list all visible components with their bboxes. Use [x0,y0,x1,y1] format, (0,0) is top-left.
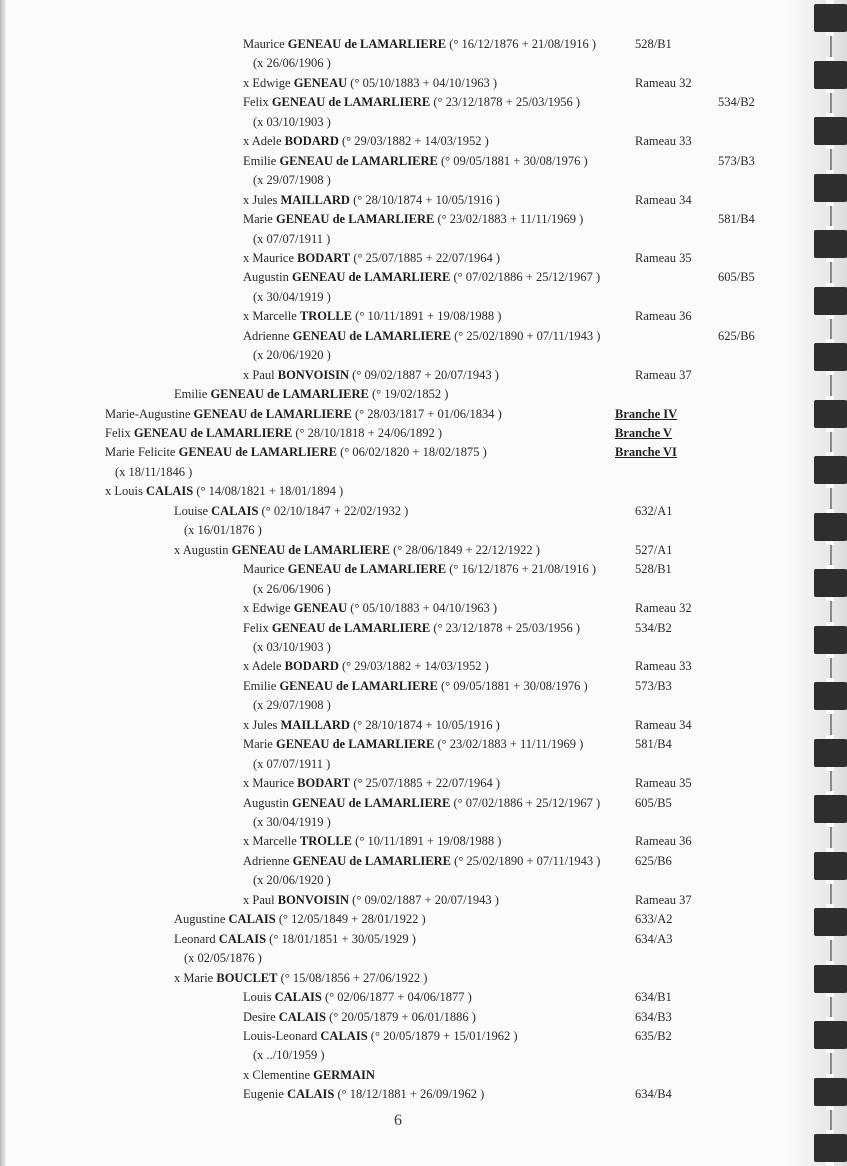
given-name: Marcelle [252,309,296,323]
marriage-text: (x 30/04/1919 ) [253,290,331,304]
surname: BODARD [285,659,339,673]
surname: MAILLARD [281,193,350,207]
given-name: Paul [252,368,274,382]
life-dates: (° 20/05/1879 + 06/01/1886 ) [329,1010,476,1024]
binding-coil [814,117,847,145]
given-name: Edwige [252,601,290,615]
marriage-text: (x 07/07/1911 ) [253,232,330,246]
surname: BODARD [285,134,339,148]
spouse-marker: x [243,368,252,382]
life-dates: (° 23/02/1883 + 11/11/1969 ) [437,212,583,226]
life-dates: (° 05/10/1883 + 04/10/1963 ) [350,76,497,90]
page-left-shadow [0,0,6,1166]
surname: BODART [297,776,350,790]
marriage-text: (x 03/10/1903 ) [253,115,331,129]
life-dates: (° 28/03/1817 + 01/06/1834 ) [355,407,502,421]
person-entry: Emilie GENEAU de LAMARLIERE (° 09/05/188… [243,678,588,694]
person-entry: Emilie GENEAU de LAMARLIERE (° 09/05/188… [243,153,588,169]
page-reference: 635/B2 [635,1028,672,1044]
surname: CALAIS [320,1029,367,1043]
binding-coil [814,4,847,32]
surname: BONVOISIN [278,368,349,382]
binding-coil [814,513,847,541]
life-dates: (° 23/12/1878 + 25/03/1956 ) [433,621,580,635]
binding-coil [814,287,847,315]
given-name: Jules [252,718,277,732]
marriage-text: (x 07/07/1911 ) [253,757,330,771]
marriage-date: (x 30/04/1919 ) [253,289,331,305]
surname: GENEAU de LAMARLIERE [194,407,352,421]
given-name: Louis [114,484,142,498]
rameau-label: Rameau 36 [635,833,692,849]
spouse-entry: x Maurice BODART (° 25/07/1885 + 22/07/1… [243,775,500,791]
life-dates: (° 18/12/1881 + 26/09/1962 ) [337,1087,484,1101]
surname: GENEAU de LAMARLIERE [272,95,430,109]
person-entry: Augustin GENEAU de LAMARLIERE (° 07/02/1… [243,795,600,811]
marriage-date: (x 03/10/1903 ) [253,639,331,655]
life-dates: (° 23/02/1883 + 11/11/1969 ) [437,737,583,751]
surname: GENEAU de LAMARLIERE [276,737,434,751]
binding-coil [814,1134,847,1162]
marriage-date: (x 18/11/1846 ) [115,464,192,480]
surname: CALAIS [146,484,193,498]
page-reference: 625/B6 [718,328,755,344]
life-dates: (° 25/07/1885 + 22/07/1964 ) [353,251,500,265]
surname: TROLLE [300,309,352,323]
spouse-marker: x [243,718,252,732]
rameau-label: Rameau 33 [635,133,692,149]
surname: GENEAU de LAMARLIERE [293,329,451,343]
page-number: 6 [394,1112,402,1130]
person-entry: Felix GENEAU de LAMARLIERE (° 28/10/1818… [105,425,442,441]
marriage-date: (x 29/07/1908 ) [253,172,331,188]
surname: TROLLE [300,834,352,848]
surname: GENEAU de LAMARLIERE [210,387,368,401]
spouse-entry: x Louis CALAIS (° 14/08/1821 + 18/01/189… [105,483,343,499]
life-dates: (° 15/08/1856 + 27/06/1922 ) [281,971,428,985]
rameau-label: Rameau 32 [635,75,692,91]
surname: CALAIS [275,990,322,1004]
surname: CALAIS [279,1010,326,1024]
person-entry: Maurice GENEAU de LAMARLIERE (° 16/12/18… [243,561,596,577]
surname: GENEAU [294,601,347,615]
page-reference: 634/A3 [635,931,673,947]
surname: GENEAU de LAMARLIERE [134,426,292,440]
surname: BOUCLET [216,971,277,985]
given-name: Augustin [243,270,289,284]
binding-coil [814,965,847,993]
given-name: Felix [243,621,269,635]
surname: GENEAU de LAMARLIERE [293,854,451,868]
surname: GENEAU de LAMARLIERE [288,37,446,51]
surname: GERMAIN [313,1068,375,1082]
page-reference: 632/A1 [635,503,673,519]
page-reference: 634/B1 [635,989,672,1005]
binding-coil [814,1078,847,1106]
marriage-text: (x ../10/1959 ) [253,1048,325,1062]
spouse-marker: x [243,601,252,615]
page-reference: 528/B1 [635,561,672,577]
life-dates: (° 25/02/1890 + 07/11/1943 ) [454,329,600,343]
surname: GENEAU de LAMARLIERE [292,796,450,810]
binding-coil [814,456,847,484]
surname: CALAIS [287,1087,334,1101]
person-entry: Marie GENEAU de LAMARLIERE (° 23/02/1883… [243,211,583,227]
marriage-text: (x 20/06/1920 ) [253,348,331,362]
given-name: Marie Felicite [105,445,175,459]
binding-coil [814,908,847,936]
given-name: Felix [243,95,269,109]
surname: CALAIS [229,912,276,926]
person-entry: Louis CALAIS (° 02/06/1877 + 04/06/1877 … [243,989,472,1005]
life-dates: (° 16/12/1876 + 21/08/1916 ) [449,37,596,51]
branch-link[interactable]: Branche IV [615,406,677,422]
given-name: Louis-Leonard [243,1029,317,1043]
surname: GENEAU de LAMARLIERE [272,621,430,635]
person-entry: Marie GENEAU de LAMARLIERE (° 23/02/1883… [243,736,583,752]
surname: MAILLARD [281,718,350,732]
binding-coil [814,569,847,597]
given-name: Augustine [174,912,225,926]
spouse-marker: x [243,776,252,790]
given-name: Louis [243,990,271,1004]
person-entry: Felix GENEAU de LAMARLIERE (° 23/12/1878… [243,620,580,636]
marriage-date: (x 02/05/1876 ) [184,950,262,966]
binding-coil [814,230,847,258]
person-entry: Adrienne GENEAU de LAMARLIERE (° 25/02/1… [243,328,600,344]
given-name: Adele [252,659,282,673]
marriage-date: (x 03/10/1903 ) [253,114,331,130]
given-name: Adrienne [243,329,290,343]
surname: BONVOISIN [278,893,349,907]
life-dates: (° 19/02/1852 ) [372,387,449,401]
given-name: Clementine [252,1068,310,1082]
given-name: Leonard [174,932,216,946]
marriage-date: (x ../10/1959 ) [253,1047,325,1063]
person-entry: Leonard CALAIS (° 18/01/1851 + 30/05/192… [174,931,416,947]
page-reference: 605/B5 [718,269,755,285]
rameau-label: Rameau 34 [635,192,692,208]
life-dates: (° 02/06/1877 + 04/06/1877 ) [325,990,472,1004]
life-dates: (° 28/10/1874 + 10/05/1916 ) [353,193,500,207]
person-entry: Eugenie CALAIS (° 18/12/1881 + 26/09/196… [243,1086,484,1102]
given-name: Augustin [243,796,289,810]
spouse-marker: x [243,659,252,673]
given-name: Emilie [243,679,276,693]
given-name: Marie [243,737,273,751]
binding-coil [814,343,847,371]
life-dates: (° 29/03/1882 + 14/03/1952 ) [342,134,489,148]
surname: GENEAU [294,76,347,90]
life-dates: (° 09/05/1881 + 30/08/1976 ) [441,679,588,693]
spouse-marker: x [243,893,252,907]
rameau-label: Rameau 37 [635,367,692,383]
life-dates: (° 09/02/1887 + 20/07/1943 ) [352,893,499,907]
life-dates: (° 09/05/1881 + 30/08/1976 ) [441,154,588,168]
life-dates: (° 10/11/1891 + 19/08/1988 ) [355,834,501,848]
person-entry: Marie Felicite GENEAU de LAMARLIERE (° 0… [105,444,487,460]
binding-coil [814,852,847,880]
life-dates: (° 05/10/1883 + 04/10/1963 ) [350,601,497,615]
rameau-label: Rameau 35 [635,250,692,266]
spouse-entry: x Marcelle TROLLE (° 10/11/1891 + 19/08/… [243,308,501,324]
person-entry: Felix GENEAU de LAMARLIERE (° 23/12/1878… [243,94,580,110]
spouse-marker: x [105,484,114,498]
spouse-entry: x Jules MAILLARD (° 28/10/1874 + 10/05/1… [243,717,500,733]
binding-coil [814,1021,847,1049]
surname: BODART [297,251,350,265]
surname: GENEAU de LAMARLIERE [179,445,337,459]
given-name: Louise [174,504,208,518]
marriage-date: (x 20/06/1920 ) [253,347,331,363]
person-entry: Desire CALAIS (° 20/05/1879 + 06/01/1886… [243,1009,476,1025]
rameau-label: Rameau 35 [635,775,692,791]
life-dates: (° 18/01/1851 + 30/05/1929 ) [269,932,416,946]
life-dates: (° 12/05/1849 + 28/01/1922 ) [279,912,426,926]
person-entry: Louis-Leonard CALAIS (° 20/05/1879 + 15/… [243,1028,518,1044]
page-reference: 633/A2 [635,911,673,927]
spouse-marker: x [174,971,183,985]
spouse-entry: x Edwige GENEAU (° 05/10/1883 + 04/10/19… [243,600,497,616]
life-dates: (° 28/10/1874 + 10/05/1916 ) [353,718,500,732]
branch-link[interactable]: Branche VI [615,444,677,460]
surname: GENEAU de LAMARLIERE [279,154,437,168]
life-dates: (° 20/05/1879 + 15/01/1962 ) [371,1029,518,1043]
life-dates: (° 25/02/1890 + 07/11/1943 ) [454,854,600,868]
spouse-marker: x [174,543,183,557]
life-dates: (° 25/07/1885 + 22/07/1964 ) [353,776,500,790]
spouse-entry: x Adele BODARD (° 29/03/1882 + 14/03/195… [243,658,489,674]
life-dates: (° 16/12/1876 + 21/08/1916 ) [449,562,596,576]
page-reference: 634/B4 [635,1086,672,1102]
given-name: Desire [243,1010,276,1024]
rameau-label: Rameau 37 [635,892,692,908]
life-dates: (° 10/11/1891 + 19/08/1988 ) [355,309,501,323]
life-dates: (° 07/02/1886 + 25/12/1967 ) [453,796,600,810]
life-dates: (° 28/10/1818 + 24/06/1892 ) [295,426,442,440]
life-dates: (° 09/02/1887 + 20/07/1943 ) [352,368,499,382]
page-reference: 534/B2 [718,94,755,110]
surname: GENEAU de LAMARLIERE [276,212,434,226]
life-dates: (° 28/06/1849 + 22/12/1922 ) [393,543,540,557]
given-name: Paul [252,893,274,907]
person-entry: Maurice GENEAU de LAMARLIERE (° 16/12/18… [243,36,596,52]
spouse-entry: x Clementine GERMAIN [243,1067,375,1083]
branch-link[interactable]: Branche V [615,425,672,441]
marriage-text: (x 30/04/1919 ) [253,815,331,829]
marriage-text: (x 26/06/1906 ) [253,56,331,70]
life-dates: (° 14/08/1821 + 18/01/1894 ) [196,484,343,498]
marriage-text: (x 03/10/1903 ) [253,640,331,654]
given-name: Emilie [174,387,207,401]
spouse-entry: x Edwige GENEAU (° 05/10/1883 + 04/10/19… [243,75,497,91]
spouse-marker: x [243,76,252,90]
surname: CALAIS [219,932,266,946]
spouse-entry: x Maurice BODART (° 25/07/1885 + 22/07/1… [243,250,500,266]
binding-coil [814,795,847,823]
rameau-label: Rameau 34 [635,717,692,733]
marriage-text: (x 29/07/1908 ) [253,173,331,187]
binding-coil [814,739,847,767]
page-reference: 573/B3 [635,678,672,694]
page-reference: 528/B1 [635,36,672,52]
given-name: Marie [183,971,213,985]
marriage-text: (x 18/11/1846 ) [115,465,192,479]
spouse-marker: x [243,193,252,207]
marriage-text: (x 26/06/1906 ) [253,582,331,596]
spouse-entry: x Marie BOUCLET (° 15/08/1856 + 27/06/19… [174,970,427,986]
page-reference: 534/B2 [635,620,672,636]
given-name: Adrienne [243,854,290,868]
page-reference: 581/B4 [635,736,672,752]
spouse-marker: x [243,134,252,148]
person-entry: Marie-Augustine GENEAU de LAMARLIERE (° … [105,406,502,422]
given-name: Augustin [183,543,229,557]
rameau-label: Rameau 33 [635,658,692,674]
person-entry: Emilie GENEAU de LAMARLIERE (° 19/02/185… [174,386,448,402]
marriage-date: (x 26/06/1906 ) [253,55,331,71]
given-name: Jules [252,193,277,207]
spouse-entry: x Paul BONVOISIN (° 09/02/1887 + 20/07/1… [243,892,499,908]
given-name: Edwige [252,76,290,90]
life-dates: (° 23/12/1878 + 25/03/1956 ) [433,95,580,109]
given-name: Maurice [243,37,285,51]
given-name: Marie-Augustine [105,407,190,421]
spouse-marker: x [243,1068,252,1082]
surname: CALAIS [211,504,258,518]
life-dates: (° 29/03/1882 + 14/03/1952 ) [342,659,489,673]
given-name: Marie [243,212,273,226]
marriage-text: (x 16/01/1876 ) [184,523,262,537]
binding-coil [814,626,847,654]
surname: GENEAU de LAMARLIERE [279,679,437,693]
binding-coil [814,400,847,428]
spouse-marker: x [243,309,252,323]
marriage-date: (x 26/06/1906 ) [253,581,331,597]
marriage-date: (x 20/06/1920 ) [253,872,331,888]
given-name: Maurice [243,562,285,576]
binding-coil [814,61,847,89]
page-reference: 527/A1 [635,542,673,558]
marriage-date: (x 30/04/1919 ) [253,814,331,830]
marriage-text: (x 29/07/1908 ) [253,698,331,712]
rameau-label: Rameau 32 [635,600,692,616]
surname: GENEAU de LAMARLIERE [292,270,450,284]
page-reference: 573/B3 [718,153,755,169]
page-reference: 581/B4 [718,211,755,227]
marriage-date: (x 07/07/1911 ) [253,231,330,247]
marriage-text: (x 02/05/1876 ) [184,951,262,965]
page-reference: 605/B5 [635,795,672,811]
marriage-date: (x 29/07/1908 ) [253,697,331,713]
spouse-entry: x Paul BONVOISIN (° 09/02/1887 + 20/07/1… [243,367,499,383]
spouse-entry: x Jules MAILLARD (° 28/10/1874 + 10/05/1… [243,192,500,208]
page-reference: 634/B3 [635,1009,672,1025]
given-name: Maurice [252,776,294,790]
given-name: Adele [252,134,282,148]
person-entry: Louise CALAIS (° 02/10/1847 + 22/02/1932… [174,503,408,519]
rameau-label: Rameau 36 [635,308,692,324]
life-dates: (° 07/02/1886 + 25/12/1967 ) [453,270,600,284]
life-dates: (° 02/10/1847 + 22/02/1932 ) [262,504,409,518]
spouse-entry: x Adele BODARD (° 29/03/1882 + 14/03/195… [243,133,489,149]
given-name: Marcelle [252,834,296,848]
marriage-text: (x 20/06/1920 ) [253,873,331,887]
given-name: Emilie [243,154,276,168]
person-entry: Augustin GENEAU de LAMARLIERE (° 07/02/1… [243,269,600,285]
given-name: Maurice [252,251,294,265]
life-dates: (° 06/02/1820 + 18/02/1875 ) [340,445,487,459]
binding-coil [814,174,847,202]
marriage-date: (x 07/07/1911 ) [253,756,330,772]
surname: GENEAU de LAMARLIERE [232,543,390,557]
binding-coil [814,682,847,710]
spouse-marker: x [243,251,252,265]
surname: GENEAU de LAMARLIERE [288,562,446,576]
given-name: Felix [105,426,131,440]
person-entry: Adrienne GENEAU de LAMARLIERE (° 25/02/1… [243,853,600,869]
spouse-entry: x Augustin GENEAU de LAMARLIERE (° 28/06… [174,542,540,558]
spouse-marker: x [243,834,252,848]
marriage-date: (x 16/01/1876 ) [184,522,262,538]
given-name: Eugenie [243,1087,284,1101]
person-entry: Augustine CALAIS (° 12/05/1849 + 28/01/1… [174,911,426,927]
spouse-entry: x Marcelle TROLLE (° 10/11/1891 + 19/08/… [243,833,501,849]
page-reference: 625/B6 [635,853,672,869]
